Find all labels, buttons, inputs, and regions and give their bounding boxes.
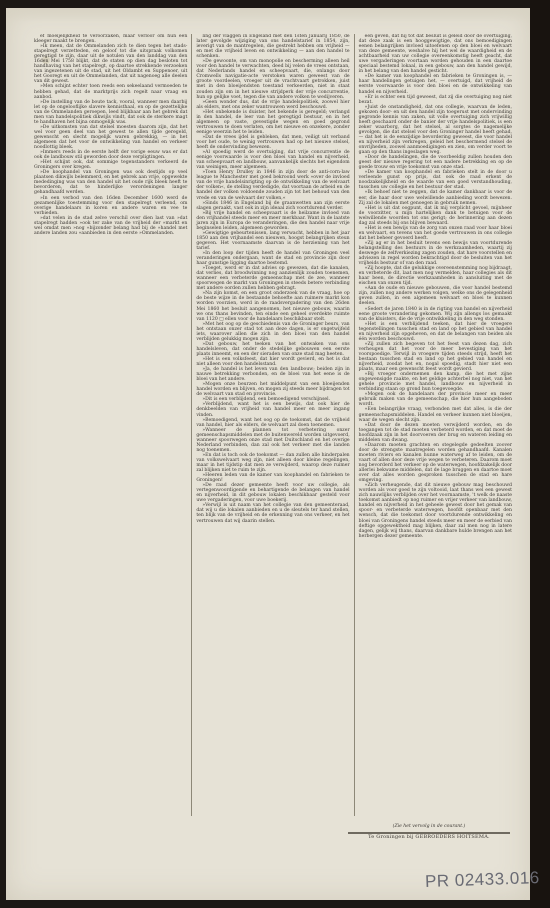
paragraph: ef moeijelijkheid te veroorzaken, maar v… — [34, 34, 187, 44]
paragraph: »Het is een volksfeest, dat hier wordt g… — [196, 357, 349, 367]
paragraph: »Zij ag er in het besluit tevens een bew… — [359, 241, 512, 266]
paragraph: »Verblijdend, want het is een bewijs, da… — [196, 402, 349, 417]
paragraph: »Dat door de dezen moeten verwijderd wor… — [359, 423, 512, 443]
paragraph: »De koophandel van Groningen was ook des… — [34, 170, 187, 195]
paragraph: »Geen wonder dus, dat de vrije handelspo… — [196, 100, 349, 110]
paragraph: »Zij hoopte, dat die gelukkige overeenst… — [359, 266, 512, 286]
paragraph: »Ja, de handel is het leven van den land… — [196, 367, 349, 382]
archive-handwritten-number: PR 02433.016 — [425, 868, 540, 892]
paragraph: »Verwijl is uit naam van het collegie va… — [196, 503, 349, 523]
paragraph: »Al spoedig werd de overtuiging, dat vri… — [196, 150, 349, 170]
paragraph: »Mogen ook de handelaars der provincie m… — [359, 392, 512, 407]
paragraph: »Door de handelingen, die de voorbeeldig… — [359, 155, 512, 170]
paragraph: »Het is een bewijs van de zorg van onzen… — [359, 226, 512, 241]
paragraph: »Het schijnt ook, dat sommige tegenstand… — [34, 160, 187, 170]
paragraph: »Na zijn komst, en een groot onderzoek v… — [196, 291, 349, 321]
column-middle: ling der vlaggen in Engeland met den 1st… — [191, 34, 353, 816]
paragraph: »De instelling van de boute tack, vooral… — [34, 100, 187, 125]
paragraph: »De raad dezer gemeente heeft voor uw co… — [196, 483, 349, 503]
paragraph: »Immers reeds in de eerste helft der vor… — [34, 150, 187, 160]
paragraph: een geven, dat hij tot dat besluit is ge… — [359, 34, 512, 74]
paragraph: »De kamer van koophandel en fabrieken st… — [359, 170, 512, 190]
paragraph: »dat velen in de stad zelve verschil ove… — [34, 216, 187, 236]
paragraph: »Ik meen, dat de Ommelanden zich te dien… — [34, 44, 187, 84]
paragraph: »Heeren leden van de kamer van koophande… — [196, 473, 349, 483]
paragraph: »In den loop der tijden heeft de handel … — [196, 251, 349, 266]
paragraph: »Sedert de jaren 1840 is in de rigting v… — [359, 307, 512, 322]
paragraph: »De kamer van koophandel en fabrieken te… — [359, 74, 512, 94]
paragraph: »Met het oog op de geschiedenis van de G… — [196, 322, 349, 342]
paragraph: »Mogen onze beurzen het middelpunt van e… — [196, 382, 349, 397]
paragraph: »Gewigtige gebeurtenissen, lang verwacht… — [196, 231, 349, 251]
paragraph: »Er is echter een tijd geweest, dat zij … — [359, 95, 512, 105]
paragraph: »Men schijnt echter toen reeds een sekee… — [34, 84, 187, 99]
paragraph: »Dat de vrees ijdel is gebleken, dat men… — [196, 135, 349, 150]
paragraph: »Het onbekende is duister, het bekende i… — [196, 110, 349, 135]
paragraph: »En dat is toch ook de toekomst — dan zu… — [196, 453, 349, 473]
continuation-note: (Zie het vervolg in de courant.) — [348, 824, 510, 829]
paragraph: »Bij vrije handel en scheepvaart is de h… — [196, 211, 349, 231]
paragraph: »Juist de onstandigheid, dat ons collegi… — [359, 105, 512, 155]
scan-background-edge — [530, 0, 550, 908]
paragraph: »Aan de oude en nieuwe gebouwen, die voo… — [359, 286, 512, 306]
paragraph: »De gewoonte, om van monopolie en besche… — [196, 59, 349, 99]
text-columns: ef moeijelijkheid te veroorzaken, maar v… — [30, 34, 516, 816]
paragraph: »Ik behoef niet te zeggen, dat de kamer … — [359, 190, 512, 205]
paragraph: »Toeget, werd er in dat advies op geweze… — [196, 266, 349, 291]
paragraph: »Bemoedigend, want het oog op de toekoms… — [196, 418, 349, 428]
paragraph: »Een belangrijke vraag, verbonden met da… — [359, 407, 512, 422]
paragraph: »Sinds 1846 in Engeland bij de graanwett… — [196, 201, 349, 211]
paragraph: »In een verbod van den 16den December 16… — [34, 196, 187, 216]
column-right: een geven, dat hij tot dat besluit is ge… — [354, 34, 516, 816]
paragraph: »Toen Henry Drulley in 1846 in zijn door… — [196, 170, 349, 200]
paragraph: »Zij zullen zich begeven tot het feest v… — [359, 342, 512, 372]
paragraph: »Bij vroeger ondernemen den kamp, die he… — [359, 372, 512, 392]
paragraph: »Het is een verblijdend teeken, dat hier… — [359, 322, 512, 342]
column-left: ef moeijelijkheid te veroorzaken, maar v… — [30, 34, 191, 816]
paragraph: ling der vlaggen in Engeland met den 1st… — [196, 34, 349, 59]
paragraph: »Wanneer de plannen tot verbetering onze… — [196, 428, 349, 453]
paragraph: »Daarom moeten grachten en stegelegde ge… — [359, 443, 512, 483]
printer-imprint: Te Groningen bij GEBROEDERS HOITSEMA. — [348, 834, 510, 840]
paragraph: »Zich verheugende, dat dit nieuwe gebouw… — [359, 483, 512, 539]
paragraph: »Dat gebouw, het teeken van het ontwaken… — [196, 342, 349, 357]
paragraph: »De uitkomsten van dat stelsel moesten d… — [34, 125, 187, 150]
paragraph: »Het is uit dat oogpunt, dat ik mij verp… — [359, 206, 512, 226]
